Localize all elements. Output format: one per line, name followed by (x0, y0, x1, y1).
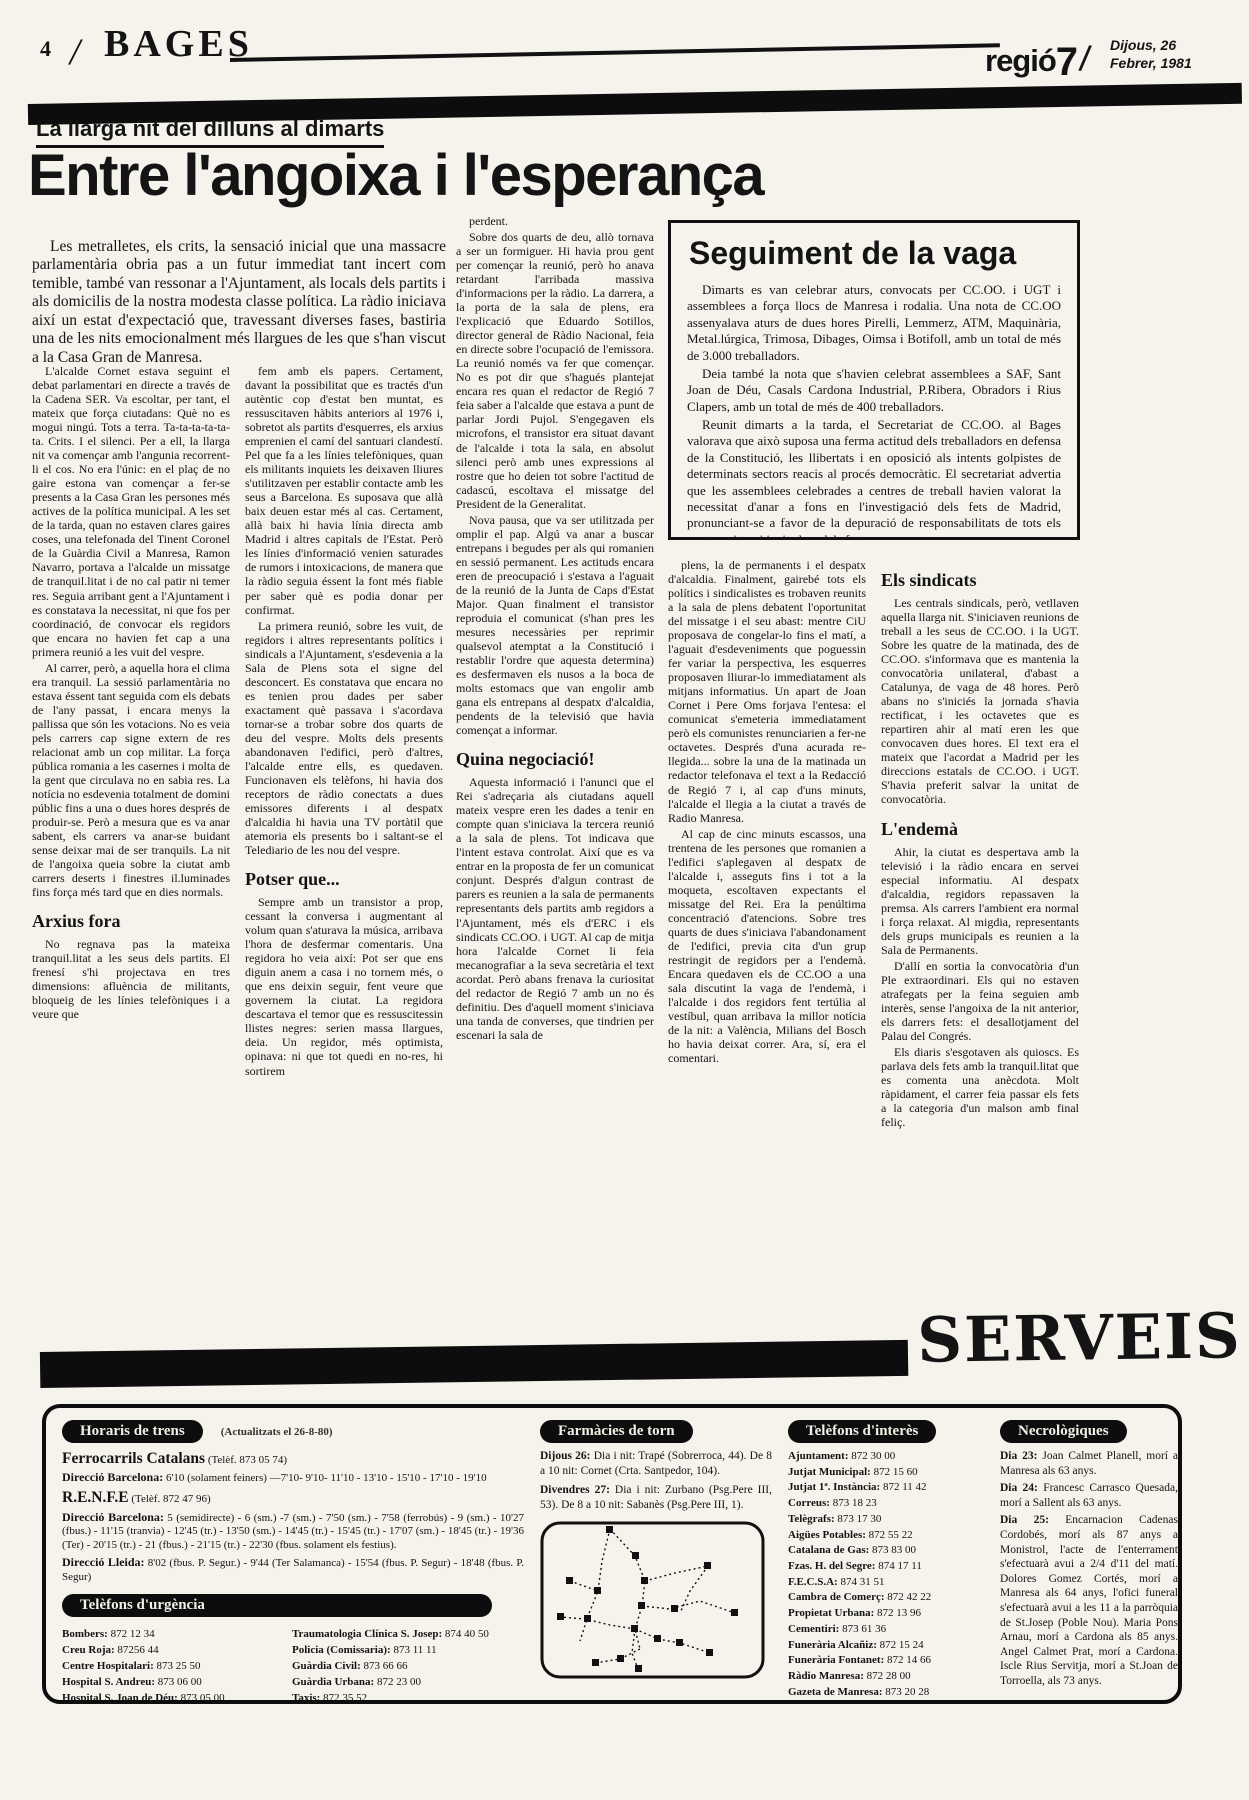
article-paragraph: Sobre dos quarts de deu, allò tornava a … (456, 230, 654, 511)
phone-number: 873 66 66 (364, 1660, 408, 1672)
phone-number: 872 13 96 (877, 1607, 921, 1619)
strike-report-box: Seguiment de la vaga Dimarts es van cele… (668, 220, 1080, 540)
article-paragraph: Al carrer, però, a aquella hora el clima… (32, 661, 230, 900)
phone-entry: Aigües Potables: 872 55 22 (788, 1528, 984, 1544)
article-body: Les metralletes, els crits, la sensació … (32, 212, 1080, 1318)
phone-entry: Propietat Urbana: 872 13 96 (788, 1606, 984, 1622)
phone-number: 872 14 66 (887, 1654, 931, 1666)
article-paragraph: fem amb els papers. Certament, davant la… (245, 364, 443, 617)
phone-entry: Fzas. H. del Segre: 874 17 11 (788, 1559, 984, 1575)
issue-date-month: Febrer, 1981 (1110, 54, 1230, 72)
phone-number: 872 55 22 (869, 1529, 913, 1541)
phone-number: 873 61 36 (842, 1623, 886, 1635)
strike-box-paragraph: Reunit dimarts a la tarda, el Secretaria… (687, 417, 1061, 540)
article-paragraph: L'alcalde Cornet estava seguint el debat… (32, 364, 230, 659)
phone-label: Propietat Urbana: (788, 1607, 874, 1619)
phone-number: 873 11 11 (393, 1644, 436, 1656)
obituaries-section-header: Necrològiques (1000, 1420, 1127, 1443)
article-column-4: plens, la de permanents i el despatx d'a… (668, 558, 866, 1316)
phone-number: 872 35 52 (323, 1692, 367, 1704)
brand-logo: regió7/ (985, 38, 1090, 85)
article-paragraph: Quina negociació! (456, 749, 654, 770)
phone-label: Jutjat 1ª. Instància: (788, 1481, 880, 1493)
serveis-banner-title: SERVEIS (917, 1305, 1242, 1372)
pharmacy-entry: Divendres 27: Dia i nit: Zurbano (Psg.Pe… (540, 1483, 772, 1513)
phones-section-header: Telèfons d'interès (788, 1420, 936, 1443)
phone-number: 872 42 22 (887, 1591, 931, 1603)
obituaries-section: Necrològiques Dia 23: Joan Calmet Planel… (1000, 1420, 1178, 1704)
emergency-phone-list-right: Traumatologia Clínica S. Josep: 874 40 5… (292, 1627, 504, 1704)
phone-label: Aigües Potables: (788, 1529, 866, 1541)
serveis-banner-bar (40, 1340, 908, 1388)
phone-entry: Jutjat 1ª. Instància: 872 11 42 (788, 1480, 984, 1496)
pharmacy-day: Divendres 27: (540, 1484, 610, 1496)
phones-section: Telèfons d'interès Ajuntament: 872 30 00… (788, 1420, 984, 1704)
phone-label: Telègrafs: (788, 1513, 835, 1525)
train-line-times: (Telèf. 872 47 96) (131, 1493, 210, 1505)
article-paragraph: La primera reunió, sobre les vuit, de re… (245, 619, 443, 858)
article-paragraph: Nova pausa, que va ser utilitzada per om… (456, 513, 654, 738)
phone-number: 873 05 00 (181, 1692, 225, 1704)
phone-label: Policia (Comissaria): (292, 1644, 391, 1656)
phone-label: Cambra de Comerç: (788, 1591, 885, 1603)
emergency-section-header: Telèfons d'urgència (62, 1594, 492, 1617)
phone-label: Gazeta de Manresa: (788, 1686, 883, 1698)
lower-columns: plens, la de permanents i el despatx d'a… (668, 558, 1080, 1316)
phone-number: 874 40 50 (445, 1628, 489, 1640)
phone-number: 872 11 42 (883, 1481, 927, 1493)
train-line-label: Direcció Barcelona: (62, 1470, 163, 1484)
emergency-phone-list-left: Bombers: 872 12 34Creu Roja: 87256 44Cen… (62, 1627, 280, 1704)
phone-entry: Cementiri: 873 61 36 (788, 1622, 984, 1638)
article-paragraph: Els diaris s'esgotaven als quioscs. Es p… (881, 1045, 1079, 1129)
phone-entry: Hospital S. Joan de Déu: 873 05 00 (62, 1691, 280, 1704)
trains-updated-note: (Actualitzats el 26-8-80) (221, 1426, 333, 1438)
phone-label: Catalana de Gas: (788, 1544, 869, 1556)
phone-label: Hospital S. Joan de Déu: (62, 1692, 178, 1704)
interest-phone-list: Ajuntament: 872 30 00Jutjat Municipal: 8… (788, 1449, 984, 1704)
phone-number: 873 20 28 (885, 1686, 929, 1698)
phone-label: Correus: (788, 1497, 830, 1509)
phone-label: Regió 7: (788, 1702, 827, 1705)
phone-label: Fzas. H. del Segre: (788, 1560, 875, 1572)
article-column-1: L'alcalde Cornet estava seguint el debat… (32, 364, 230, 1312)
phone-number: 872 30 00 (851, 1450, 895, 1462)
phone-label: Cementiri: (788, 1623, 839, 1635)
phone-entry: Cambra de Comerç: 872 42 22 (788, 1590, 984, 1606)
pharmacy-day: Dijous 26: (540, 1450, 591, 1462)
phone-number: 872 28 00 (867, 1670, 911, 1682)
phone-label: Traumatologia Clínica S. Josep: (292, 1628, 442, 1640)
article-paragraph: Potser que... (245, 869, 443, 890)
phone-entry: Centre Hospitalari: 873 25 50 (62, 1659, 280, 1675)
pharmacies-section: Farmàcies de torn Dijous 26: Dia i nit: … (540, 1420, 772, 1704)
phone-number: 872 12 34 (111, 1628, 155, 1640)
phone-number: 874 17 11 (878, 1560, 922, 1572)
slash-divider: / (67, 27, 85, 75)
train-line-label: R.E.N.F.E (62, 1489, 129, 1506)
article-paragraph: No regnava pas la mateixa tranquil.litat… (32, 937, 230, 1021)
phone-entry: Hospital S. Andreu: 873 06 00 (62, 1675, 280, 1691)
header-rule (230, 43, 1000, 62)
train-line: Ferrocarrils Catalans (Telèf. 873 05 74) (62, 1449, 524, 1468)
phone-entry: F.E.C.S.A: 874 31 51 (788, 1575, 984, 1591)
phone-number: 872 15 60 (874, 1466, 918, 1478)
phone-entry: Funerària Alcañiz: 872 15 24 (788, 1638, 984, 1654)
phone-entry: Guàrdia Civil: 873 66 66 (292, 1659, 504, 1675)
train-line-label: Direcció Barcelona: (62, 1510, 164, 1524)
article-paragraph: plens, la de permanents i el despatx d'a… (668, 558, 866, 825)
article-paragraph: perdent. (456, 214, 654, 228)
phone-number: 874 31 51 (840, 1576, 884, 1588)
phone-number: 872 15 24 (880, 1639, 924, 1651)
phone-entry: Correus: 873 18 23 (788, 1496, 984, 1512)
article-paragraph: L'endemà (881, 819, 1079, 840)
phone-entry: Gazeta de Manresa: 873 20 28 (788, 1685, 984, 1701)
phone-entry: Bombers: 872 12 34 (62, 1627, 280, 1643)
pharmacy-schedule: Dijous 26: Dia i nit: Trapé (Sobrerroca,… (540, 1449, 772, 1513)
phone-label: F.E.C.S.A: (788, 1576, 838, 1588)
issue-date: Dijous, 26 Febrer, 1981 (1110, 36, 1230, 72)
strike-box-paragraph: Deia també la nota que s'havien celebrat… (687, 366, 1061, 415)
article-paragraph: Al cap de cinc minuts escassos, una tren… (668, 827, 866, 1066)
article-paragraph: D'allí en sortia la convocatòria d'un Pl… (881, 959, 1079, 1043)
article-paragraph: Sempre amb un transistor a prop, cessant… (245, 895, 443, 1077)
brand-slash: / (1077, 38, 1093, 81)
phone-entry: Ajuntament: 872 30 00 (788, 1449, 984, 1465)
phone-number: 872 23 00 (377, 1676, 421, 1688)
headline: Entre l'angoixa i l'esperança (28, 142, 1038, 209)
phone-label: Ajuntament: (788, 1450, 849, 1462)
train-line: Direcció Barcelona: 5 (semidirecte) - 6 … (62, 1510, 524, 1553)
phone-entry: Funerària Fontanet: 872 14 66 (788, 1653, 984, 1669)
article-column-2: fem amb els papers. Certament, davant la… (245, 364, 443, 1312)
phone-label: Hospital S. Andreu: (62, 1676, 155, 1688)
phone-entry: Telègrafs: 873 17 30 (788, 1512, 984, 1528)
trains-section-header: Horaris de trens (62, 1420, 203, 1443)
phone-number: 873 18 23 (833, 1497, 877, 1509)
article-column-5: Els sindicatsLes centrals sindicals, per… (881, 558, 1079, 1316)
obituary-list: Dia 23: Joan Calmet Planell, morí a Manr… (1000, 1449, 1178, 1689)
article-paragraph: Ahir, la ciutat es despertava amb la tel… (881, 845, 1079, 957)
serveis-banner: SERVEIS (39, 1305, 1242, 1400)
train-line: R.E.N.F.E (Telèf. 872 47 96) (62, 1488, 524, 1507)
phone-entry: Policia (Comissaria): 873 11 11 (292, 1643, 504, 1659)
pharmacy-map (540, 1521, 772, 1684)
obituary-detail: Encarnacion Cadenas Cordobés, morí als 8… (1000, 1514, 1178, 1687)
phone-number: 87256 44 (117, 1644, 158, 1656)
strike-box-body: Dimarts es van celebrar aturs, convocats… (687, 282, 1061, 540)
phone-entry: Regió 7: 872 02 44 (788, 1701, 984, 1705)
pharmacies-section-header: Farmàcies de torn (540, 1420, 693, 1443)
phone-label: Taxis: (292, 1692, 320, 1704)
article-paragraph: Arxius fora (32, 911, 230, 932)
brand-seven: 7 (1056, 40, 1078, 84)
issue-date-day: Dijous, 26 (1110, 36, 1230, 54)
phone-entry: Ràdio Manresa: 872 28 00 (788, 1669, 984, 1685)
train-line: Direcció Barcelona: 6'10 (solament feine… (62, 1470, 524, 1486)
phone-label: Creu Roja: (62, 1644, 115, 1656)
phone-entry: Taxis: 872 35 52 (292, 1691, 504, 1704)
train-line-times: 6'10 (solament feiners) —7'10- 9'10- 11'… (166, 1472, 487, 1484)
phone-number: 872 02 44 (830, 1702, 874, 1705)
phone-label: Guàrdia Urbana: (292, 1676, 374, 1688)
trains-section: Horaris de trens (Actualitzats el 26-8-8… (62, 1420, 524, 1704)
phone-number: 873 06 00 (158, 1676, 202, 1688)
right-pane: Seguiment de la vaga Dimarts es van cele… (668, 220, 1080, 1316)
obituary-entry: Dia 25: Encarnacion Cadenas Cordobés, mo… (1000, 1513, 1178, 1688)
phone-number: 873 25 50 (157, 1660, 201, 1672)
phone-label: Funerària Fontanet: (788, 1654, 884, 1666)
phone-label: Funerària Alcañiz: (788, 1639, 877, 1651)
strike-box-paragraph: Dimarts es van celebrar aturs, convocats… (687, 282, 1061, 364)
train-line-label: Ferrocarrils Catalans (62, 1450, 205, 1467)
phone-entry: Guàrdia Urbana: 872 23 00 (292, 1675, 504, 1691)
brand-text: regió (985, 43, 1056, 78)
phone-entry: Traumatologia Clínica S. Josep: 874 40 5… (292, 1627, 504, 1643)
article-paragraph: Aquesta informació i l'anunci que el Rei… (456, 775, 654, 1042)
obituary-entry: Dia 24: Francesc Carrasco Quesada, morí … (1000, 1481, 1178, 1510)
page-number: 4 (40, 36, 51, 62)
serveis-box: Horaris de trens (Actualitzats el 26-8-8… (42, 1404, 1182, 1704)
phone-label: Guàrdia Civil: (292, 1660, 361, 1672)
phone-number: 873 83 00 (872, 1544, 916, 1556)
obituary-day: Dia 24: (1000, 1482, 1038, 1494)
phone-label: Jutjat Municipal: (788, 1466, 871, 1478)
pharmacy-entry: Dijous 26: Dia i nit: Trapé (Sobrerroca,… (540, 1449, 772, 1479)
train-schedule: Ferrocarrils Catalans (Telèf. 873 05 74)… (62, 1449, 524, 1584)
phone-label: Ràdio Manresa: (788, 1670, 864, 1682)
obituary-day: Dia 25: (1000, 1514, 1049, 1526)
obituary-day: Dia 23: (1000, 1450, 1038, 1462)
lead-paragraph: Les metralletes, els crits, la sensació … (32, 238, 446, 368)
phone-label: Bombers: (62, 1628, 108, 1640)
article-paragraph: Les centrals sindicals, però, vetllaven … (881, 596, 1079, 806)
train-line: Direcció Lleida: 8'02 (fbus. P. Segur.) … (62, 1555, 524, 1585)
article-paragraph: Els sindicats (881, 570, 1079, 591)
strike-box-title: Seguiment de la vaga (689, 235, 1061, 272)
phone-entry: Creu Roja: 87256 44 (62, 1643, 280, 1659)
obituary-entry: Dia 23: Joan Calmet Planell, morí a Manr… (1000, 1449, 1178, 1478)
article-column-3: perdent.Sobre dos quarts de deu, allò to… (456, 214, 654, 1314)
phone-entry: Jutjat Municipal: 872 15 60 (788, 1465, 984, 1481)
emergency-section: Telèfons d'urgència Bombers: 872 12 34Cr… (62, 1594, 524, 1704)
train-line-times: (Telèf. 873 05 74) (208, 1454, 287, 1466)
phone-label: Centre Hospitalari: (62, 1660, 154, 1672)
phone-entry: Catalana de Gas: 873 83 00 (788, 1543, 984, 1559)
newspaper-page: 4 / BAGES regió7/ Dijous, 26 Febrer, 198… (0, 0, 1249, 1800)
train-line-label: Direcció Lleida: (62, 1555, 145, 1569)
phone-number: 873 17 30 (837, 1513, 881, 1525)
